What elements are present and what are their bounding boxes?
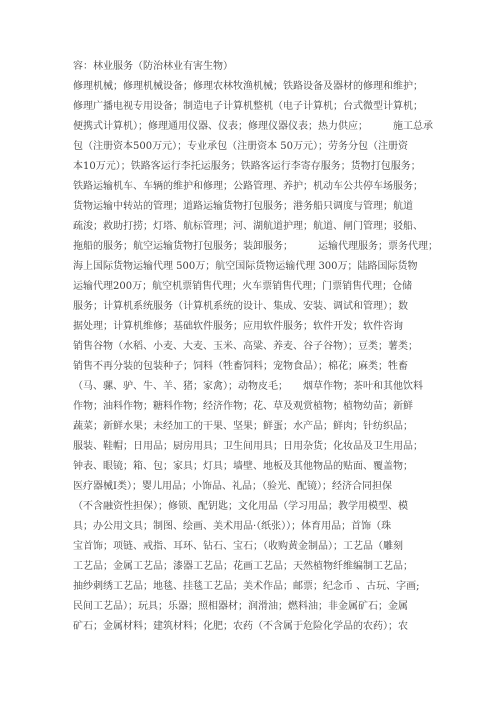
text-line: 便携式计算机）；修理通用仪器、仪表；修理仪器仪表；热力供应； 施工总承 bbox=[73, 117, 439, 137]
text-line: 拖船的服务；航空运输货物打包服务；装卸服务； 运输代理服务；票务代理； bbox=[73, 237, 439, 257]
text-line: 民间工艺品）；玩具；乐器；照相器材；润滑油；燃料油；非金属矿石；金属 bbox=[73, 597, 439, 617]
text-line: 服务；计算机系统服务（计算机系统的设计、集成、安装、调试和管理）；数 bbox=[73, 297, 439, 317]
text-line: 本10万元）；铁路客运行李托运服务；铁路客运行李寄存服务；货物打包服务； bbox=[73, 157, 439, 177]
text-line: 货物运输中转站的管理；道路运输货物打包服务；港务船只调度与管理；航道 bbox=[73, 197, 439, 217]
text-line: 修理广播电视专用设备；制造电子计算机整机（电子计算机；台式微型计算机； bbox=[73, 97, 439, 117]
text-line: 修理机械；修理机械设备；修理农林牧渔机械；铁路设备及器材的修理和维护； bbox=[73, 77, 439, 97]
text-line: 钟表、眼镜；箱、包；家具；灯具；墙壁、地板及其他物品的贴面、覆盖物； bbox=[73, 457, 439, 477]
text-line: 医疗器械Ⅰ类）；婴儿用品；小饰品、礼品；（验光、配镜）；经济合同担保 bbox=[73, 477, 439, 497]
text-line: 具；办公用文具；制图、绘画、美术用品·（纸张））；体育用品；首饰（珠 bbox=[73, 517, 439, 537]
text-line: 海上国际货物运输代理 500万；航空国际货物运输代理 300万；陆路国际货物 bbox=[73, 257, 439, 277]
text-line: 蔬菜；新鲜水果；未经加工的干果、坚果；鲜蛋；水产品；鲜肉；针纺织品； bbox=[73, 417, 439, 437]
text-line: 容：林业服务（防治林业有害生物） bbox=[73, 57, 439, 77]
text-line: 运输代理200万；航空机票销售代理；火车票销售代理；门票销售代理；仓储 bbox=[73, 277, 439, 297]
text-line: 作物；油料作物；糖料作物；经济作物；花、草及观赏植物；植物幼苗；新鲜 bbox=[73, 397, 439, 417]
text-line: 服装、鞋帽；日用品；厨房用具；卫生间用具；日用杂货；化妆品及卫生用品； bbox=[73, 437, 439, 457]
text-line: （马、骡、驴、牛、羊、猪；家禽）；动物皮毛； 烟草作物；茶叶和其他饮料 bbox=[73, 377, 439, 397]
text-line: 包（注册资本500万元）；专业承包（注册资本 50万元）；劳务分包（注册资 bbox=[73, 137, 439, 157]
text-line: （不含融资性担保）；修锁、配钥匙；文化用品（学习用品；教学用模型、模 bbox=[73, 497, 439, 517]
text-line: 宝首饰；项链、戒指、耳环、钻石、宝石；（收购黄金制品）；工艺品（雕刻 bbox=[73, 537, 439, 557]
text-line: 销售谷物（水稻、小麦、大麦、玉米、高粱、养麦、谷子谷物）；豆类；薯类； bbox=[73, 337, 439, 357]
text-line: 据处理；计算机维修；基础软件服务；应用软件服务；软件开发；软件咨询 bbox=[73, 317, 439, 337]
text-line: 矿石；金属材料；建筑材料；化肥；农药（不含属于危险化学品的农药）；农 bbox=[73, 617, 439, 637]
text-line: 工艺品；金属工艺品；漆器工艺品；花画工艺品；天然植物纤维编制工艺品； bbox=[73, 557, 439, 577]
text-line: 抽纱刺绣工艺品；地毯、挂毯工艺品；美术作品；邮票；纪念币 、古玩、字画; bbox=[73, 577, 439, 597]
business-scope-text-block: 容：林业服务（防治林业有害生物）修理机械；修理机械设备；修理农林牧渔机械；铁路设… bbox=[73, 57, 439, 637]
text-line: 疏浚；救助打捞；灯塔、航标管理；河、湖航道护理；航道、闸门管理；驳船、 bbox=[73, 217, 439, 237]
text-line: 铁路运输机车、车辆的维护和修理；公路管理、养护；机动车公共停车场服务； bbox=[73, 177, 439, 197]
text-line: 销售不再分装的包装种子；饲料（牲畜饲料；宠物食品）；棉花；麻类；牲畜 bbox=[73, 357, 439, 377]
document-page: 容：林业服务（防治林业有害生物）修理机械；修理机械设备；修理农林牧渔机械；铁路设… bbox=[0, 0, 500, 708]
